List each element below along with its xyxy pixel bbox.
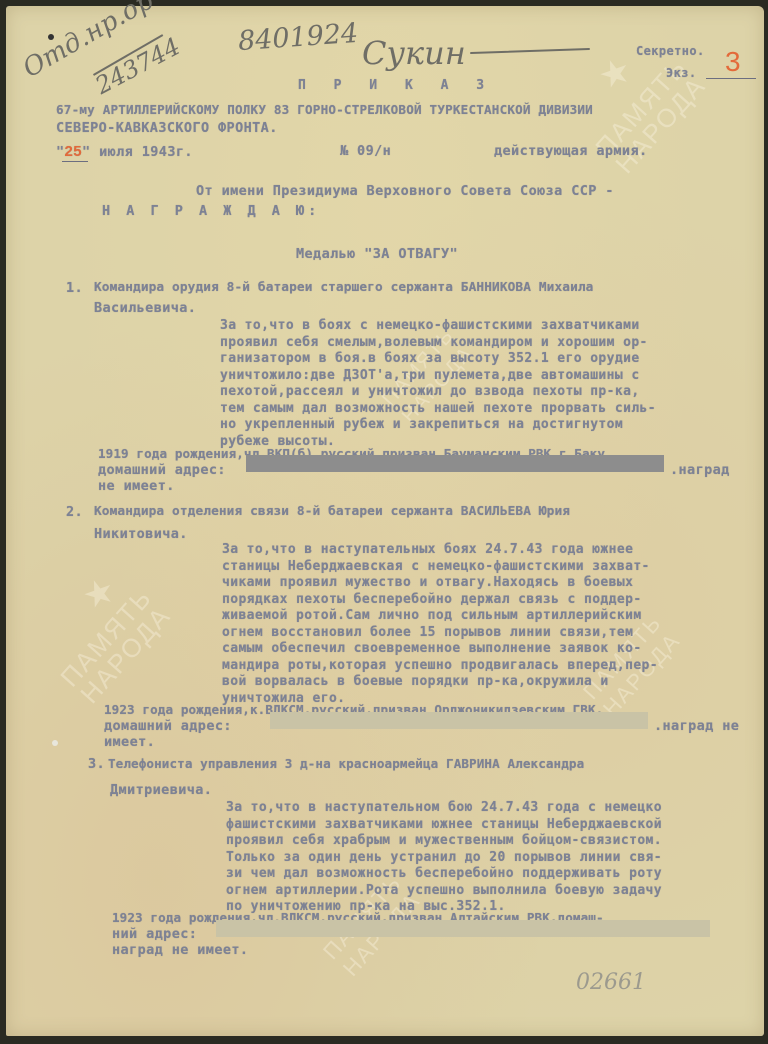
copy-label: Экз. (666, 66, 697, 80)
copy-number: 3 (725, 46, 741, 78)
punch-hole (52, 740, 58, 746)
recipient-line-1: 67-му АРТИЛЛЕРИЙСКОМУ ПОЛКУ 83 ГОРНО-СТР… (56, 102, 593, 117)
entry-2-patronymic: Никитовича. (94, 526, 188, 542)
date-day: 25 (65, 143, 83, 160)
date-underline (62, 161, 88, 162)
order-location: действующая армия. (494, 143, 648, 159)
entry-2-number: 2. (66, 504, 83, 520)
entry-1-bio-line-3: не имеет. (98, 478, 175, 494)
entry-2-bio-line-3: имеет. (104, 734, 155, 750)
entry-3-bio-address-label: ний адрес: (112, 926, 197, 942)
entry-1-citation: За то,что в боях с немецко-фашистскими з… (220, 318, 656, 450)
redacted-address (216, 920, 710, 937)
redacted-address (270, 712, 648, 729)
copy-number-underline (706, 78, 756, 79)
award-heading: Медалью "ЗА ОТВАГУ" (296, 246, 458, 262)
recipient-line-2: СЕВЕРО-КАВКАЗСКОГО ФРОНТА. (56, 120, 278, 136)
entry-1-patronymic: Васильевича. (94, 300, 196, 316)
entry-1-number: 1. (66, 280, 83, 296)
entry-3-name: Телефониста управления 3 д-на красноарме… (108, 756, 584, 771)
entry-1-bio-awards: .наград (670, 462, 730, 478)
entry-1-bio-address-label: домашний адрес: (98, 462, 226, 478)
entry-3-patronymic: Дмитриевича. (110, 782, 212, 798)
date-line: "25" июля 1943г. (56, 143, 193, 160)
handwritten-signature: Сукин (362, 34, 466, 72)
document-title: П Р И К А З (298, 78, 494, 93)
entry-2-name: Командира отделения связи 8-й батареи се… (94, 504, 570, 519)
entry-1-name: Командира орудия 8-й батареи старшего се… (94, 280, 593, 295)
entry-3-number: 3. (88, 756, 105, 772)
redacted-address (246, 455, 664, 472)
order-number: № 09/н (340, 143, 391, 159)
secret-label: Секретно. (636, 44, 705, 58)
entry-3-citation: За то,что в наступательном бою 24.7.43 г… (226, 800, 662, 916)
entry-3-bio-line-3: наград не имеет. (112, 942, 248, 958)
entry-2-citation: За то,что в наступательных боях 24.7.43 … (222, 542, 658, 707)
preamble-line-2: Н А Г Р А Ж Д А Ю: (102, 203, 320, 219)
entry-2-bio-address-label: домашний адрес: (104, 718, 232, 734)
preamble-line-1: От имени Президиума Верховного Совета Со… (196, 183, 614, 199)
entry-2-bio-awards: .наград не (654, 718, 739, 734)
handwritten-archive-number: 02661 (576, 970, 646, 995)
date-month-year: июля 1943г. (99, 144, 193, 160)
